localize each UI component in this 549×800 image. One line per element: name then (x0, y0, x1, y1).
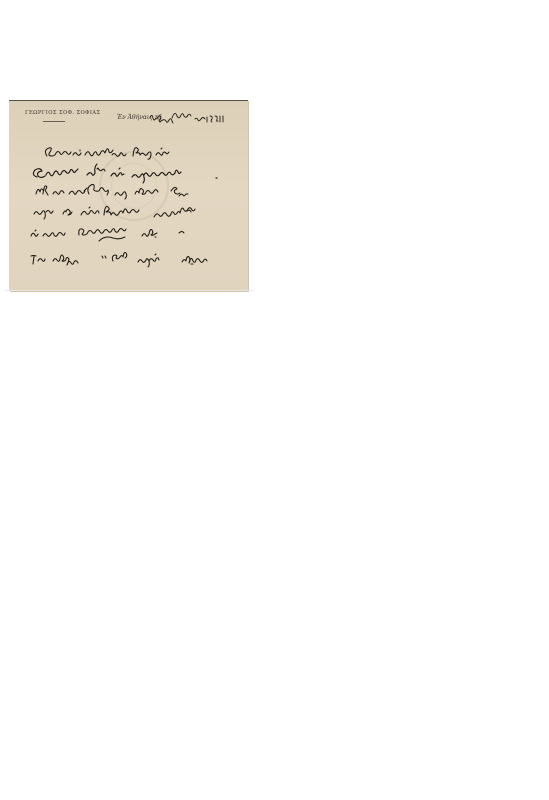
handwriting-strokes (9, 101, 248, 291)
handwritten-card: ΓΕΩΡΓΙΟΣ ΣΟΦ. ΣΟΦΙΑΣ Ἐν Ἀθήναις τῇ 8 Σεπ… (9, 100, 248, 291)
page-canvas: ΓΕΩΡΓΙΟΣ ΣΟΦ. ΣΟΦΙΑΣ Ἐν Ἀθήναις τῇ 8 Σεπ… (0, 0, 549, 800)
scan-edge-line (5, 290, 253, 291)
